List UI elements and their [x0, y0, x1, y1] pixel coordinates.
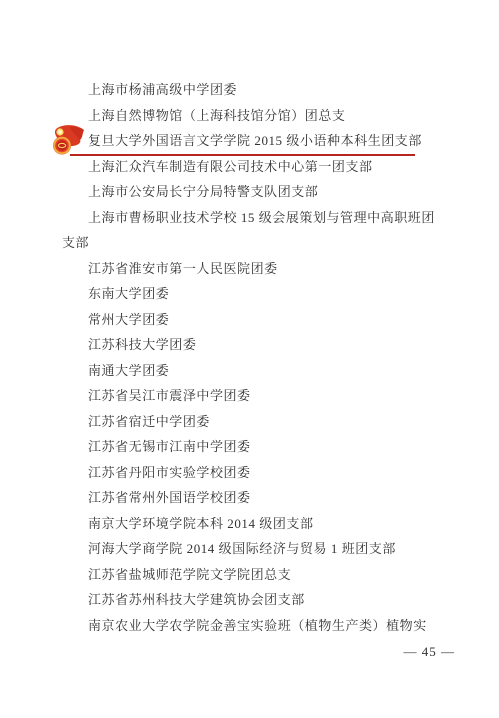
list-item: 南京大学环境学院本科 2014 级团支部 [62, 511, 444, 537]
list-item: 上海市曹杨职业技术学校 15 级会展策划与管理中高职班团 [62, 205, 444, 231]
list-item: 江苏省淮安市第一人民医院团委 [62, 256, 444, 282]
highlight-underline [70, 154, 415, 156]
list-item: 江苏省苏州科技大学建筑协会团支部 [62, 587, 444, 613]
list-item: 东南大学团委 [62, 281, 444, 307]
list-item: 江苏省常州外国语学校团委 [62, 485, 444, 511]
list-item: 江苏科技大学团委 [62, 332, 444, 358]
list-item: 江苏省丹阳市实验学校团委 [62, 460, 444, 486]
list-item: 常州大学团委 [62, 307, 444, 333]
document-body: 上海市杨浦高级中学团委 上海自然博物馆（上海科技馆分馆）团总支 复旦大学外国语言… [62, 77, 444, 638]
list-item: 河海大学商学院 2014 级国际经济与贸易 1 班团支部 [62, 536, 444, 562]
document-page: 上海市杨浦高级中学团委 上海自然博物馆（上海科技馆分馆）团总支 复旦大学外国语言… [0, 0, 499, 718]
china-communist-youth-league-badge-icon [49, 124, 87, 157]
list-item: 上海市公安局长宁分局特警支队团支部 [62, 179, 444, 205]
list-item: 上海市杨浦高级中学团委 [62, 77, 444, 103]
list-item: 江苏省宿迁中学团委 [62, 409, 444, 435]
page-number: — 45 — [404, 644, 456, 660]
list-item-continuation: 支部 [62, 230, 444, 256]
list-item: 江苏省盐城师范学院文学院团总支 [62, 562, 444, 588]
list-item: 南京农业大学农学院金善宝实验班（植物生产类）植物实 [62, 613, 444, 639]
list-item: 江苏省无锡市江南中学团委 [62, 434, 444, 460]
list-item: 上海自然博物馆（上海科技馆分馆）团总支 [62, 103, 444, 129]
list-item: 南通大学团委 [62, 358, 444, 384]
list-item-highlighted: 复旦大学外国语言文学学院 2015 级小语种本科生团支部 [62, 128, 444, 154]
list-item-text: 复旦大学外国语言文学学院 2015 级小语种本科生团支部 [88, 133, 422, 148]
list-item: 上海汇众汽车制造有限公司技术中心第一团支部 [62, 154, 444, 180]
list-item: 江苏省吴江市震泽中学团委 [62, 383, 444, 409]
